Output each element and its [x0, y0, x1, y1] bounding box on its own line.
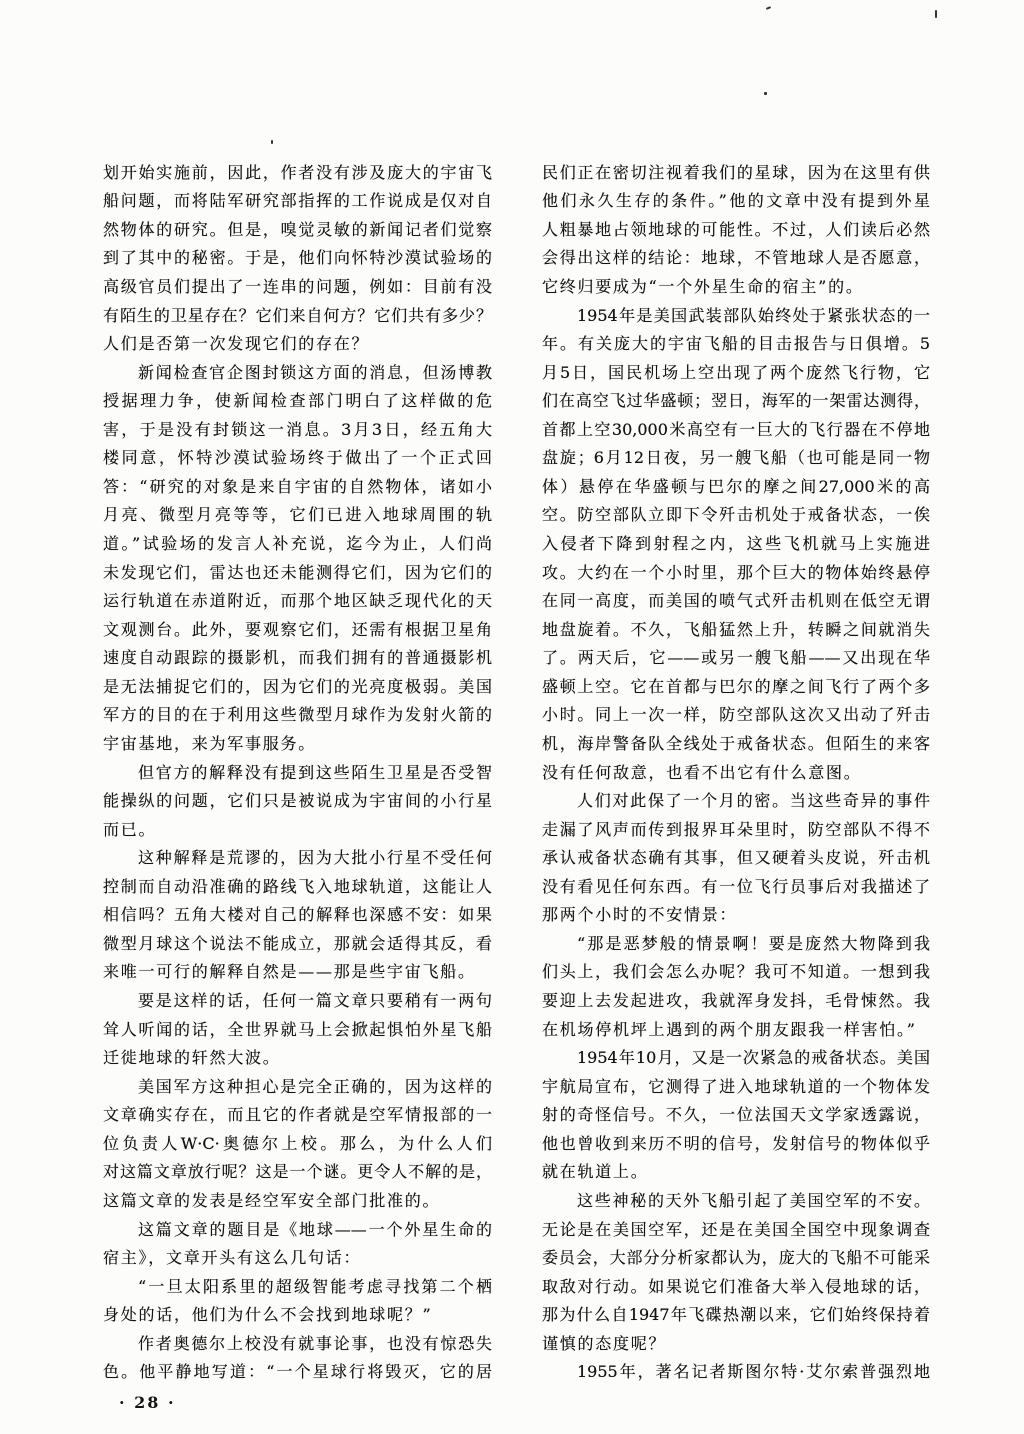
paragraph-start-line: 1955年，著名记者斯图尔特·艾尔索普强烈地 [542, 1358, 930, 1387]
text-line: 位负责人W·C·奥德尔上校。那么，为什么人们 [103, 1130, 492, 1159]
text-line: 无论是在美国空军，还是在美国全国空中现象调查 [542, 1216, 930, 1245]
text-line: 攻。大约在一个小时里，那个巨大的物体始终悬停 [542, 559, 930, 588]
text-line: 这篇文章的发表是经空军安全部门批准的。 [103, 1187, 492, 1216]
quote-start-line: “一旦太阳系里的超级智能考虑寻找第二个栖 [103, 1273, 492, 1302]
paragraph-start-line: 人们对此保了一个月的密。当这些奇异的事件 [542, 787, 930, 816]
text-line: 迁徙地球的轩然大波。 [103, 1044, 492, 1073]
text-line: 射的奇怪信号。不久，一位法国天文学家透露说， [542, 1101, 930, 1130]
text-line: 到了其中的秘密。于是，他们向怀特沙漠试验场的 [103, 244, 492, 273]
text-line: 宇宙基地，来为军事服务。 [103, 730, 492, 759]
text-line: 就在轨道上。 [542, 1158, 930, 1187]
paragraph-start-line: 这种解释是荒谬的，因为大批小行星不受任何 [103, 844, 492, 873]
page-number: · 28 · [119, 1393, 176, 1412]
paragraph-start-line: 这些神秘的天外飞船引起了美国空军的不安。 [542, 1187, 930, 1216]
text-line: 划开始实施前，因此，作者没有涉及庞大的宇宙飞 [103, 159, 492, 188]
text-line: 他们永久生存的条件。”他的文章中没有提到外星 [542, 187, 930, 216]
text-line: 取敌对行动。如果说它们准备大举入侵地球的话， [542, 1273, 930, 1302]
text-line: 是无法捕捉它们的，因为它们的光亮度极弱。美国 [103, 673, 492, 702]
text-line: 要迎上去发起进攻，我就浑身发抖，毛骨悚然。我 [542, 987, 930, 1016]
text-line: 道。”试验场的发言人补充说，迄今为止，人们尚 [103, 530, 492, 559]
text-line: 年。有关庞大的宇宙飞船的目击报告与日俱增。5 [542, 330, 930, 359]
scan-speck [935, 10, 937, 18]
text-line: 能操纵的问题，它们只是被说成为宇宙间的小行星 [103, 787, 492, 816]
text-line: 船问题，而将陆军研究部指挥的工作说成是仅对自 [103, 187, 492, 216]
text-line: 他也曾收到来历不明的信号，发射信号的物体似乎 [542, 1130, 930, 1159]
scan-speck [764, 92, 767, 95]
text-line: 微型月球这个说法不能成立，那就会适得其反，看 [103, 930, 492, 959]
text-line: 答：“研究的对象是来自宇宙的自然物体，诸如小 [103, 473, 492, 502]
text-line: 月亮、微型月亮等等，它们已进入地球周围的轨 [103, 501, 492, 530]
paragraph-start-line: 1954年10月，又是一次紧急的戒备状态。美国 [542, 1044, 930, 1073]
text-line: 那两个小时的不安情景： [542, 901, 930, 930]
paragraph-start-line: 1954年是美国武装部队始终处于紧张状态的一 [542, 302, 930, 331]
text-line: 民们正在密切注视着我们的星球，因为在这里有供 [542, 159, 930, 188]
text-line: 盘旋；6月12日夜，另一艘飞船（也可能是同一物 [542, 444, 930, 473]
text-line: 速度自动跟踪的摄影机，而我们拥有的普通摄影机 [103, 644, 492, 673]
text-line: 耸人听闻的话，全世界就马上会掀起惧怕外星飞船 [103, 1016, 492, 1045]
scan-speck [766, 6, 771, 10]
text-line: 害，于是没有封锁这一消息。3月3日，经五角大 [103, 416, 492, 445]
text-line: 文章确实存在，而且它的作者就是空军情报部的一 [103, 1101, 492, 1130]
paragraph-start-line: 要是这样的话，任何一篇文章只要稍有一两句 [103, 987, 492, 1016]
text-line: 未发现它们，雷达也还未能测得它们，因为它们的 [103, 559, 492, 588]
text-line: 走漏了风声而传到报界耳朵里时，防空部队不得不 [542, 816, 930, 845]
text-line: 相信吗？五角大楼对自己的解释也深感不安：如果 [103, 901, 492, 930]
text-line: 谨慎的态度呢？ [542, 1330, 930, 1359]
text-line: 在机场停机坪上遇到的两个朋友跟我一样害怕。” [542, 1016, 930, 1045]
text-line: 首都上空30,000米高空有一巨大的飞行器在不停地 [542, 416, 930, 445]
paragraph-start-line: 这篇文章的题目是《地球——一个外星生命的 [103, 1216, 492, 1245]
text-line: 月5日，国民机场上空出现了两个庞然飞行物，它 [542, 359, 930, 388]
text-line: 承认戒备状态确有其事，但又硬着头皮说，歼击机 [542, 844, 930, 873]
text-line: 空。防空部队立即下令歼击机处于戒备状态，一俟 [542, 501, 930, 530]
text-line: 授据理力争，使新闻检查部门明白了这样做的危 [103, 387, 492, 416]
text-line: 机，海岸警备队全线处于戒备状态。但陌生的来客 [542, 730, 930, 759]
text-line: 了。两天后，它——或另一艘飞船——又出现在华 [542, 644, 930, 673]
text-line: 来唯一可行的解释自然是——那是些宇宙飞船。 [103, 958, 492, 987]
scan-speck [271, 140, 273, 144]
text-line: 宿主》，文章开头有这么几句话： [103, 1244, 492, 1273]
text-line: 盛顿上空。它在首都与巴尔的摩之间飞行了两个多 [542, 673, 930, 702]
text-line: 身处的话，他们为什么不会找到地球呢？” [103, 1301, 492, 1330]
text-line: 宇航局宣布，它测得了进入地球轨道的一个物体发 [542, 1073, 930, 1102]
text-line: 入侵者下降到射程之内，这些飞机就马上实施进 [542, 530, 930, 559]
text-line: 没有看见任何东西。有一位飞行员事后对我描述了 [542, 873, 930, 902]
quote-start-line: “那是恶梦般的情景啊！要是庞然大物降到我 [542, 930, 930, 959]
paragraph-start-line: 美国军方这种担心是完全正确的，因为这样的 [103, 1073, 492, 1102]
text-line: 地盘旋着。不久，飞船猛然上升，转瞬之间就消失 [542, 616, 930, 645]
text-line: 小时。同上一次一样，防空部队这次又出动了歼击 [542, 701, 930, 730]
paragraph-start-line: 新闻检查官企图封锁这方面的消息，但汤博教 [103, 359, 492, 388]
text-line: 控制而自动沿准确的路线飞入地球轨道，这能让人 [103, 873, 492, 902]
paragraph-start-line: 作者奥德尔上校没有就事论事，也没有惊恐失 [103, 1330, 492, 1359]
text-line: 然物体的研究。但是，嗅觉灵敏的新闻记者们觉察 [103, 216, 492, 245]
text-line: 那为什么自1947年飞碟热潮以来，它们始终保持着 [542, 1301, 930, 1330]
left-text-column: 划开始实施前，因此，作者没有涉及庞大的宇宙飞 船问题，而将陆军研究部指挥的工作说… [103, 159, 492, 1387]
text-line: 色。他平静地写道：“一个星球行将毁灭，它的居 [103, 1358, 492, 1387]
text-line: 有陌生的卫星存在？它们来自何方？它们共有多少？ [103, 302, 492, 331]
text-line: 体）悬停在华盛顿与巴尔的摩之间27,000米的高 [542, 473, 930, 502]
text-line: 文观测台。此外，要观察它们，还需有根据卫星角 [103, 616, 492, 645]
text-line: 会得出这样的结论：地球，不管地球人是否愿意， [542, 244, 930, 273]
text-line: 高级官员们提出了一连串的问题，例如：目前有没 [103, 273, 492, 302]
right-text-column: 民们正在密切注视着我们的星球，因为在这里有供 他们永久生存的条件。”他的文章中没… [542, 159, 930, 1387]
text-line: 人们是否第一次发现它们的存在？ [103, 330, 492, 359]
text-line: 没有任何敌意，也看不出它有什么意图。 [542, 759, 930, 788]
text-line: 们在高空飞过华盛顿；翌日，海军的一架雷达测得， [542, 387, 930, 416]
text-line: 在同一高度，而美国的喷气式歼击机则在低空无谓 [542, 587, 930, 616]
text-line: 人粗暴地占领地球的可能性。不过，人们读后必然 [542, 216, 930, 245]
text-line: 对这篇文章放行呢？这是一个谜。更令人不解的是， [103, 1158, 492, 1187]
text-line: 它终归要成为“一个外星生命的宿主”的。 [542, 273, 930, 302]
text-line: 们头上，我们会怎么办呢？我可不知道。一想到我 [542, 958, 930, 987]
text-line: 楼同意，怀特沙漠试验场终于做出了一个正式回 [103, 444, 492, 473]
paragraph-start-line: 但官方的解释没有提到这些陌生卫星是否受智 [103, 759, 492, 788]
text-line: 军方的目的在于利用这些微型月球作为发射火箭的 [103, 701, 492, 730]
text-line: 委员会，大部分分析家都认为，庞大的飞船不可能采 [542, 1244, 930, 1273]
text-line: 而已。 [103, 816, 492, 845]
text-line: 运行轨道在赤道附近，而那个地区缺乏现代化的天 [103, 587, 492, 616]
